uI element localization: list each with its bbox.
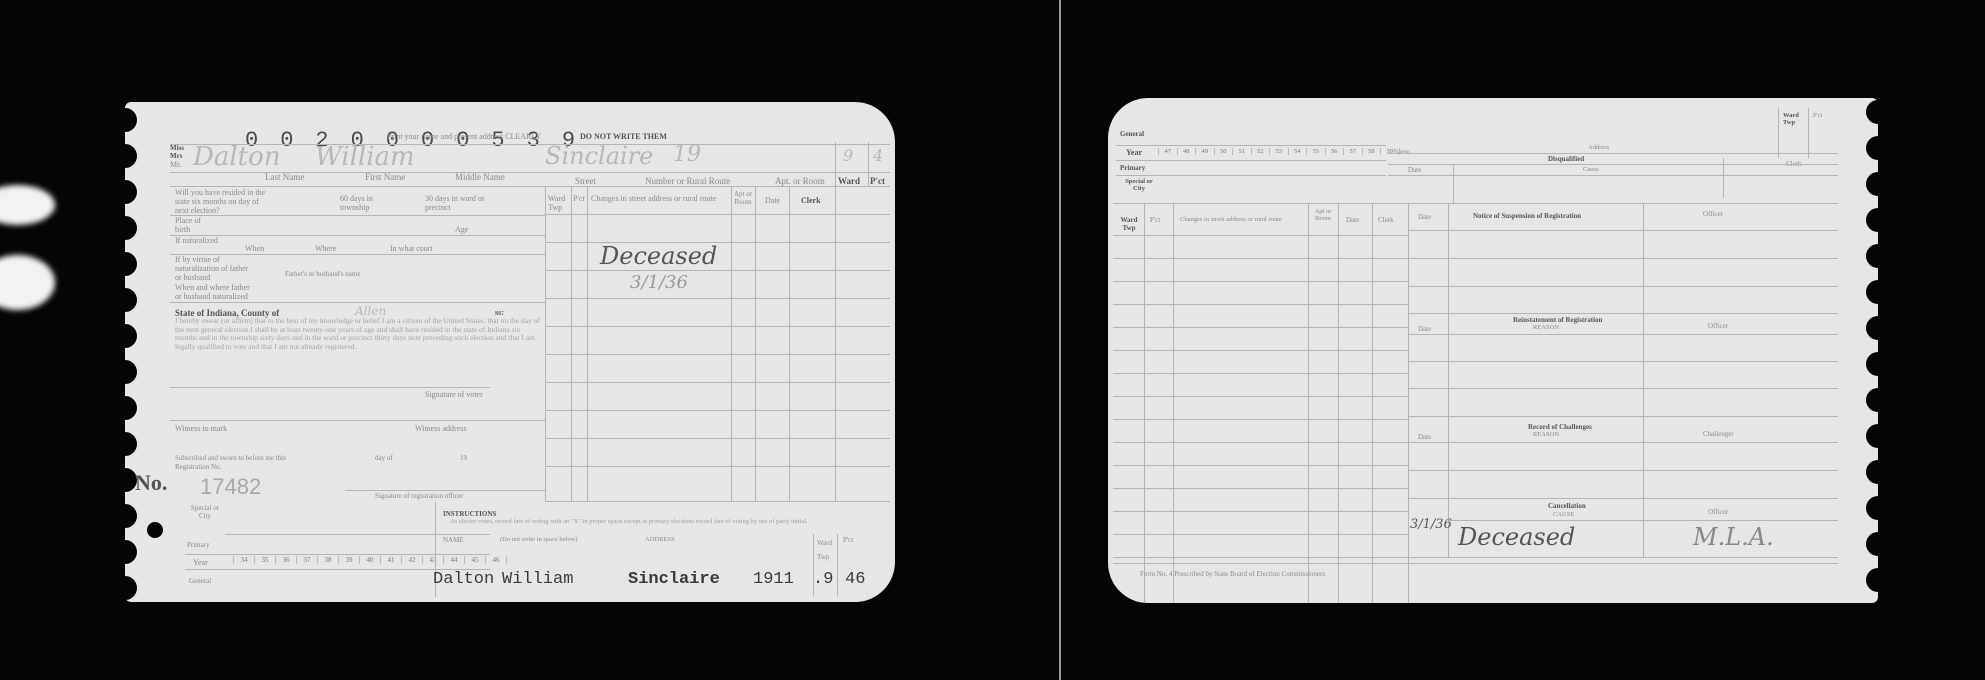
grid-year: 58 bbox=[1362, 148, 1381, 155]
residence-question: Will you have resided in the state six m… bbox=[175, 188, 270, 215]
grid-year: 51 bbox=[1232, 148, 1251, 155]
year-suffix: 19 bbox=[460, 454, 467, 462]
virtue-label: If by virtue of naturalization of father… bbox=[175, 255, 250, 282]
challenges-date-label: Date bbox=[1418, 433, 1431, 441]
grid-year: 53 bbox=[1269, 148, 1288, 155]
scan-glare bbox=[0, 255, 55, 310]
when-where-label: When and where father or husband natural… bbox=[175, 283, 255, 301]
grid-year: 48 bbox=[1177, 148, 1196, 155]
binder-hole bbox=[147, 522, 163, 538]
grid-year: 45 bbox=[464, 556, 485, 564]
witness-label: Witness to mark bbox=[175, 424, 227, 433]
changes-header-ward: Ward Twp bbox=[548, 194, 570, 212]
handwritten-first-name: William bbox=[315, 142, 415, 172]
reinstatement-title: Reinstatement of Registration bbox=[1513, 316, 1602, 324]
typed-street: Sinclaire bbox=[628, 570, 720, 589]
grid-year: 36 bbox=[275, 556, 296, 564]
place-of-birth-label: Place of birth bbox=[175, 216, 215, 234]
last-name-label: Last Name bbox=[265, 172, 304, 182]
instructions-name-label: NAME bbox=[443, 536, 464, 544]
instructions-address-label: ADDRESS bbox=[645, 536, 675, 543]
grid-label-primary: Primary bbox=[187, 541, 210, 549]
reinstatement-officer-label: Officer bbox=[1708, 322, 1728, 330]
grid-label-general: General bbox=[189, 577, 211, 585]
vote-grid-1934-1946: Special or City Primary Year General 34 … bbox=[185, 504, 430, 594]
cancellation-cause-label: CAUSE bbox=[1553, 511, 1574, 518]
grid-year: 40 bbox=[359, 556, 380, 564]
changes-header-address: Changes in street address or rural route bbox=[591, 194, 716, 203]
grid-year: 38 bbox=[317, 556, 338, 564]
grid-year: 37 bbox=[296, 556, 317, 564]
changes-header-pct: P'ct bbox=[573, 194, 585, 203]
suspension-title: Notice of Suspension of Registration bbox=[1473, 212, 1581, 220]
registration-card-back: General Year Primary Special or City 47 … bbox=[1108, 98, 1878, 603]
reinstatement-reason-label: REASON bbox=[1533, 324, 1559, 331]
changes-header-ward: Ward Twp bbox=[1118, 216, 1140, 232]
grid-year: 39 bbox=[338, 556, 359, 564]
title-prefix-mr: Mr. bbox=[170, 160, 181, 169]
scan-divider bbox=[1059, 0, 1061, 680]
form-footer: Form No. 4 Prescribed by State Board of … bbox=[1140, 570, 1325, 578]
grid-label-general: General bbox=[1120, 130, 1144, 138]
grid-year: 55 bbox=[1306, 148, 1325, 155]
instructions-text: As elector votes, record fact of voting … bbox=[450, 518, 870, 526]
middle-name-label: Middle Name bbox=[455, 172, 505, 182]
grid-year: 50 bbox=[1214, 148, 1233, 155]
number-label: Number or Rural Route bbox=[645, 176, 730, 186]
header-ward-label: Ward Twp bbox=[1783, 112, 1803, 126]
ward-label: Ward bbox=[838, 176, 860, 186]
voter-signature-label: Signature of voter bbox=[425, 390, 483, 399]
day-of-text: day of bbox=[375, 454, 393, 462]
changes-header-date: Date bbox=[1346, 216, 1359, 224]
scan-glare bbox=[0, 185, 55, 225]
changes-header-apt: Apt or Room bbox=[1310, 208, 1336, 222]
cancellation-title: Cancellation bbox=[1548, 502, 1586, 510]
handwritten-pct: 4 bbox=[873, 146, 883, 165]
grid-year: 35 bbox=[254, 556, 275, 564]
number-symbol: No. bbox=[135, 470, 167, 496]
grid-year: 46 bbox=[485, 556, 507, 564]
first-name-label: First Name bbox=[365, 172, 405, 182]
grid-label-year: Year bbox=[1126, 148, 1142, 157]
vote-grid-1947-1959: General Year Primary Special or City 47 … bbox=[1116, 120, 1386, 205]
grid-year: 34 bbox=[233, 556, 254, 564]
grid-year: 56 bbox=[1325, 148, 1344, 155]
father-name-label: Father's or husband's name bbox=[285, 270, 360, 278]
typed-last-name: Dalton bbox=[433, 570, 494, 589]
handwritten-last-name: Dalton bbox=[193, 142, 281, 172]
header-warning: DO NOT WRITE THEM bbox=[580, 132, 667, 141]
grid-year: 41 bbox=[380, 556, 401, 564]
witness-address-label: Witness address bbox=[415, 424, 466, 433]
header-cause-label: Cause bbox=[1583, 166, 1599, 173]
street-label: Street bbox=[575, 176, 596, 186]
pct-label: P'ct bbox=[870, 176, 885, 186]
changes-header-address: Changes in street address or rural route bbox=[1180, 216, 1282, 223]
typed-ward: .9 bbox=[813, 570, 833, 589]
reinstatement-date-label: Date bbox=[1418, 325, 1431, 333]
header-instruction: Print your name and present address CLEA… bbox=[387, 132, 541, 141]
changes-header-clerk: Clerk bbox=[801, 196, 821, 205]
grid-year: 54 bbox=[1288, 148, 1307, 155]
subscribed-text: Subscribed and sworn to before me this bbox=[175, 454, 286, 462]
cancellation-officer-label: Officer bbox=[1708, 508, 1728, 516]
registration-card-front: 0020000539 Print your name and present a… bbox=[125, 102, 895, 602]
registrar-signature-label: Signature of registration officer bbox=[375, 492, 463, 500]
cancellation-officer: M.L.A. bbox=[1693, 523, 1774, 551]
instructions-dont-write: (Do not write in space below) bbox=[500, 536, 577, 543]
oath-body: I hereby swear (or affirm) that to the b… bbox=[175, 317, 540, 351]
typed-first-name: William bbox=[502, 570, 573, 589]
header-name-label: Name bbox=[1393, 148, 1410, 156]
changes-header-apt: Apt or Room bbox=[733, 190, 753, 206]
footer-pct-label: P'ct bbox=[843, 536, 853, 544]
where-label: Where bbox=[315, 244, 336, 253]
grid-year-row: 47 48 49 50 51 52 53 54 55 56 57 58 59 bbox=[1158, 148, 1400, 155]
cancellation-date: 3/1/36 bbox=[1410, 518, 1444, 532]
grid-label-special: Special or City bbox=[185, 504, 225, 520]
header-disqualified-label: Disqualified bbox=[1548, 155, 1584, 163]
suspension-officer-label: Officer bbox=[1703, 210, 1723, 218]
header-date-label: Date bbox=[1408, 166, 1421, 174]
grid-label-primary: Primary bbox=[1120, 164, 1145, 172]
challenges-title: Record of Challenges bbox=[1528, 423, 1592, 431]
grid-year-row: 34 35 36 37 38 39 40 41 42 43 44 45 46 bbox=[233, 556, 507, 564]
age-label: Age bbox=[455, 225, 468, 234]
naturalized-label: If naturalized bbox=[175, 236, 220, 245]
header-address-label: Address bbox=[1588, 144, 1609, 151]
grid-year: 47 bbox=[1158, 148, 1177, 155]
grid-label-special: Special or City bbox=[1120, 178, 1158, 192]
suspension-date-label: Date bbox=[1418, 213, 1431, 221]
apt-label: Apt. or Room bbox=[775, 176, 825, 186]
handwritten-ward: 9 bbox=[843, 146, 853, 165]
ward-question: 30 days in ward or precinct bbox=[425, 194, 485, 212]
handwritten-deceased-note: Deceased bbox=[600, 242, 717, 270]
grid-year: 42 bbox=[401, 556, 422, 564]
grid-label-year: Year bbox=[193, 558, 208, 567]
handwritten-street: Sinclaire bbox=[545, 142, 653, 170]
header-pct-label: P'ct bbox=[1813, 112, 1822, 119]
changes-header-pct: P'ct bbox=[1150, 216, 1160, 224]
handwritten-number: 19 bbox=[673, 142, 701, 167]
grid-year: 49 bbox=[1195, 148, 1214, 155]
footer-ward-label: Ward Twp bbox=[817, 536, 835, 564]
court-label: In what court bbox=[390, 244, 433, 253]
registration-label: Registration No. bbox=[175, 463, 221, 471]
changes-header-clerk: Clerk bbox=[1378, 216, 1394, 224]
challenges-reason-label: REASON bbox=[1533, 431, 1559, 438]
challenges-challenger-label: Challenger bbox=[1703, 430, 1734, 438]
instructions-heading: INSTRUCTIONS bbox=[443, 510, 496, 518]
when-label: When bbox=[245, 244, 264, 253]
title-prefix-mrs: Mrs bbox=[170, 152, 182, 160]
grid-year: 52 bbox=[1251, 148, 1270, 155]
title-prefix-miss: Miss bbox=[170, 144, 184, 152]
cancellation-cause: Deceased bbox=[1458, 523, 1575, 551]
grid-year: 43 bbox=[422, 556, 443, 564]
changes-header-date: Date bbox=[765, 196, 780, 205]
typed-pct: 46 bbox=[845, 570, 865, 589]
typed-number: 1911 bbox=[753, 570, 794, 589]
registration-number: 17482 bbox=[200, 474, 261, 500]
township-question: 60 days in township bbox=[340, 194, 390, 212]
handwritten-deceased-date: 3/1/36 bbox=[630, 272, 688, 293]
grid-year: 57 bbox=[1343, 148, 1362, 155]
grid-year: 44 bbox=[443, 556, 464, 564]
